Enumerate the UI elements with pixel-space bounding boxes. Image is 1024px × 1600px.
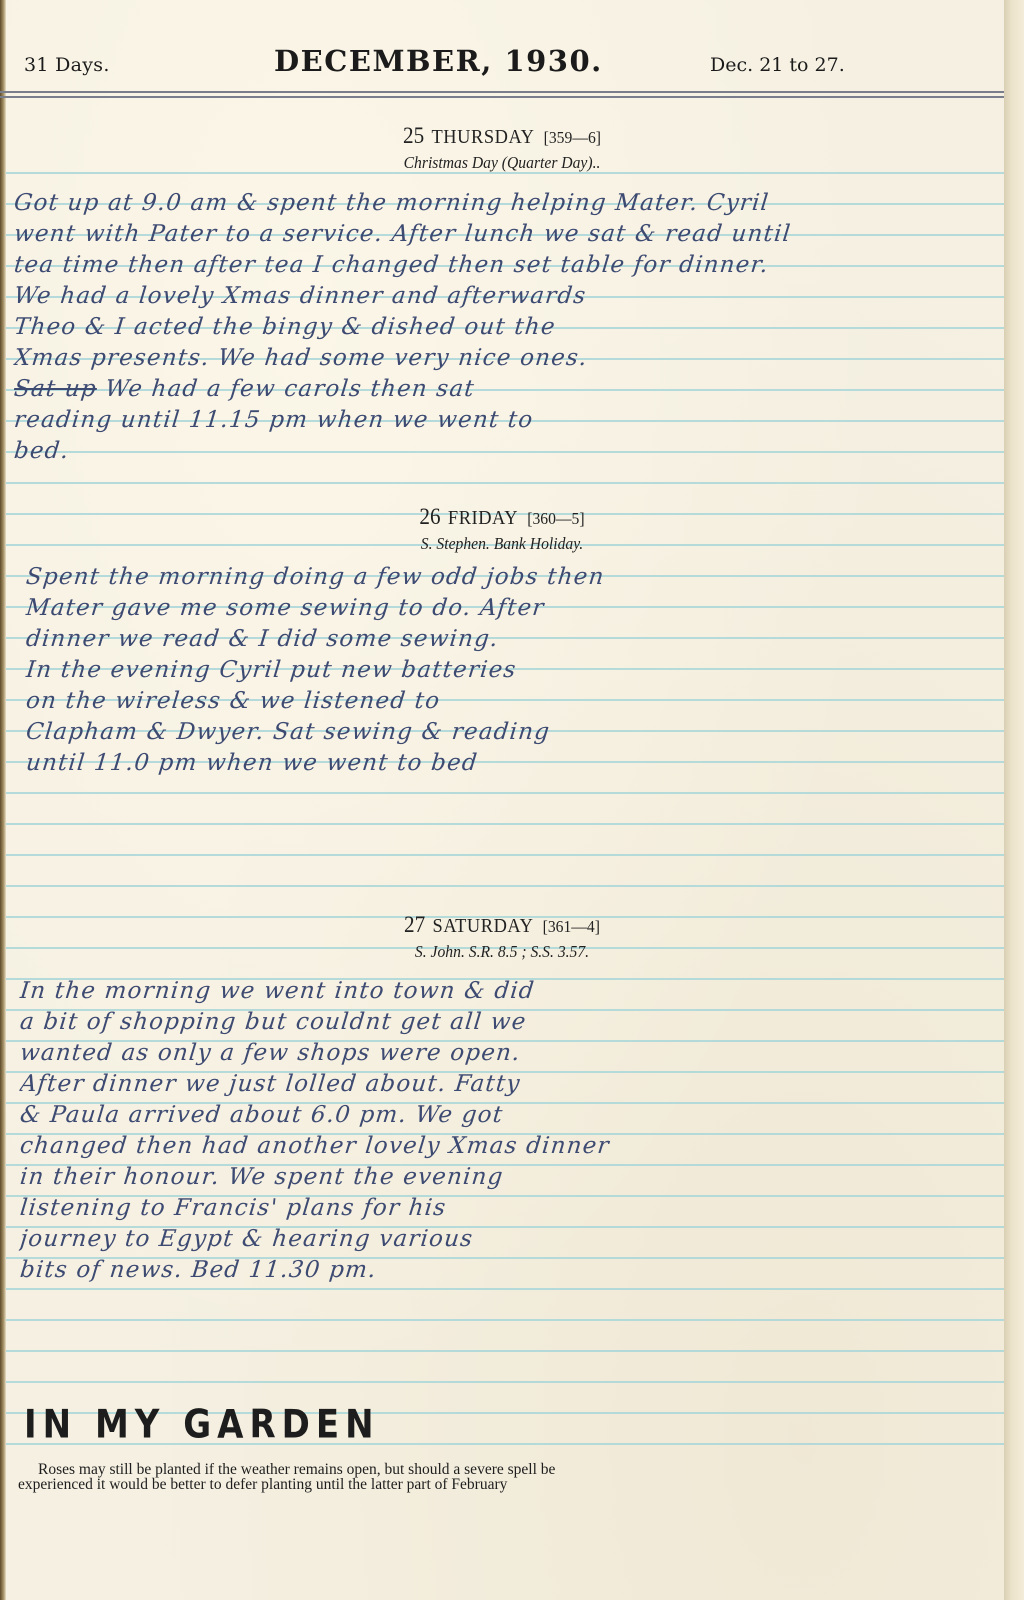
- entry-line: Clapham & Dwyer. Sat sewing & reading: [24, 717, 987, 748]
- day-heading-27: 27SATURDAY[361—4] S. John. S.R. 8.5 ; S.…: [0, 913, 1004, 965]
- entry-line: Xmas presents. We had some very nice one…: [12, 343, 975, 374]
- entry-line: After dinner we just lolled about. Fatty: [18, 1069, 981, 1100]
- day-weekday: THURSDAY: [432, 126, 535, 148]
- day-date: 25: [403, 123, 424, 148]
- days-in-month: 31 Days.: [24, 54, 110, 76]
- day-count: [361—4]: [543, 917, 600, 936]
- day-weekday: FRIDAY: [448, 507, 518, 529]
- page-edge-right: [1004, 0, 1024, 1600]
- diary-page: 31 Days. DECEMBER, 1930. Dec. 21 to 27. …: [0, 0, 1004, 1600]
- entry-line: & Paula arrived about 6.0 pm. We got: [18, 1100, 981, 1131]
- day-observance: Christmas Day (Quarter Day)..: [40, 150, 964, 176]
- entry-line: We had a lovely Xmas dinner and afterwar…: [12, 281, 975, 312]
- entry-line: In the morning we went into town & did: [18, 976, 981, 1007]
- day-heading-25: 25THURSDAY[359—6] Christmas Day (Quarter…: [0, 124, 1004, 176]
- garden-text: Roses may still be planted if the weathe…: [18, 1462, 618, 1492]
- day-date: 26: [419, 504, 440, 529]
- page-header: 31 Days. DECEMBER, 1930. Dec. 21 to 27.: [0, 40, 1004, 90]
- entry-line: In the evening Cyril put new batteries: [24, 655, 987, 686]
- entry-line: listening to Francis' plans for his: [18, 1193, 981, 1224]
- entry-line: went with Pater to a service. After lunc…: [12, 219, 975, 250]
- week-range: Dec. 21 to 27.: [710, 54, 845, 76]
- entry-line: bed.: [12, 436, 975, 467]
- entry-line: bits of news. Bed 11.30 pm.: [18, 1255, 981, 1286]
- entry-line: in their honour. We spent the evening: [18, 1162, 981, 1193]
- entry-line: a bit of shopping but couldnt get all we: [18, 1007, 981, 1038]
- header-divider: [0, 91, 1004, 98]
- entry-line: tea time then after tea I changed then s…: [12, 250, 975, 281]
- entry-line: journey to Egypt & hearing various: [18, 1224, 981, 1255]
- day-count: [359—6]: [544, 128, 601, 147]
- entry-line: on the wireless & we listened to: [24, 686, 987, 717]
- garden-title: IN MY GARDEN: [24, 1402, 380, 1448]
- day-count: [360—5]: [527, 509, 584, 528]
- day-heading-26: 26FRIDAY[360—5] S. Stephen. Bank Holiday…: [0, 505, 1004, 557]
- entry-line: changed then had another lovely Xmas din…: [18, 1131, 981, 1162]
- entry-line: Theo & I acted the bingy & dished out th…: [12, 312, 975, 343]
- month-title: DECEMBER, 1930.: [274, 44, 603, 78]
- entry-line: dinner we read & I did some sewing.: [24, 624, 987, 655]
- day-observance: S. John. S.R. 8.5 ; S.S. 3.57.: [40, 939, 964, 965]
- entry-line: reading until 11.15 pm when we went to: [12, 405, 975, 436]
- diary-entry-26: Spent the morning doing a few odd jobs t…: [26, 562, 986, 779]
- day-weekday: SATURDAY: [433, 915, 534, 937]
- entry-line: wanted as only a few shops were open.: [18, 1038, 981, 1069]
- diary-entry-25: Got up at 9.0 am & spent the morning hel…: [14, 188, 974, 467]
- entry-line: We had a few carols then sat: [104, 376, 476, 402]
- entry-line: Got up at 9.0 am & spent the morning hel…: [12, 188, 975, 219]
- diary-entry-27: In the morning we went into town & did a…: [20, 976, 980, 1286]
- day-date: 27: [404, 912, 425, 937]
- entry-line: Mater gave me some sewing to do. After: [24, 593, 987, 624]
- day-observance: S. Stephen. Bank Holiday.: [40, 531, 964, 557]
- struck-text: Sat up: [13, 376, 98, 402]
- entry-line: Spent the morning doing a few odd jobs t…: [24, 562, 987, 593]
- entry-line: until 11.0 pm when we went to bed: [24, 748, 987, 779]
